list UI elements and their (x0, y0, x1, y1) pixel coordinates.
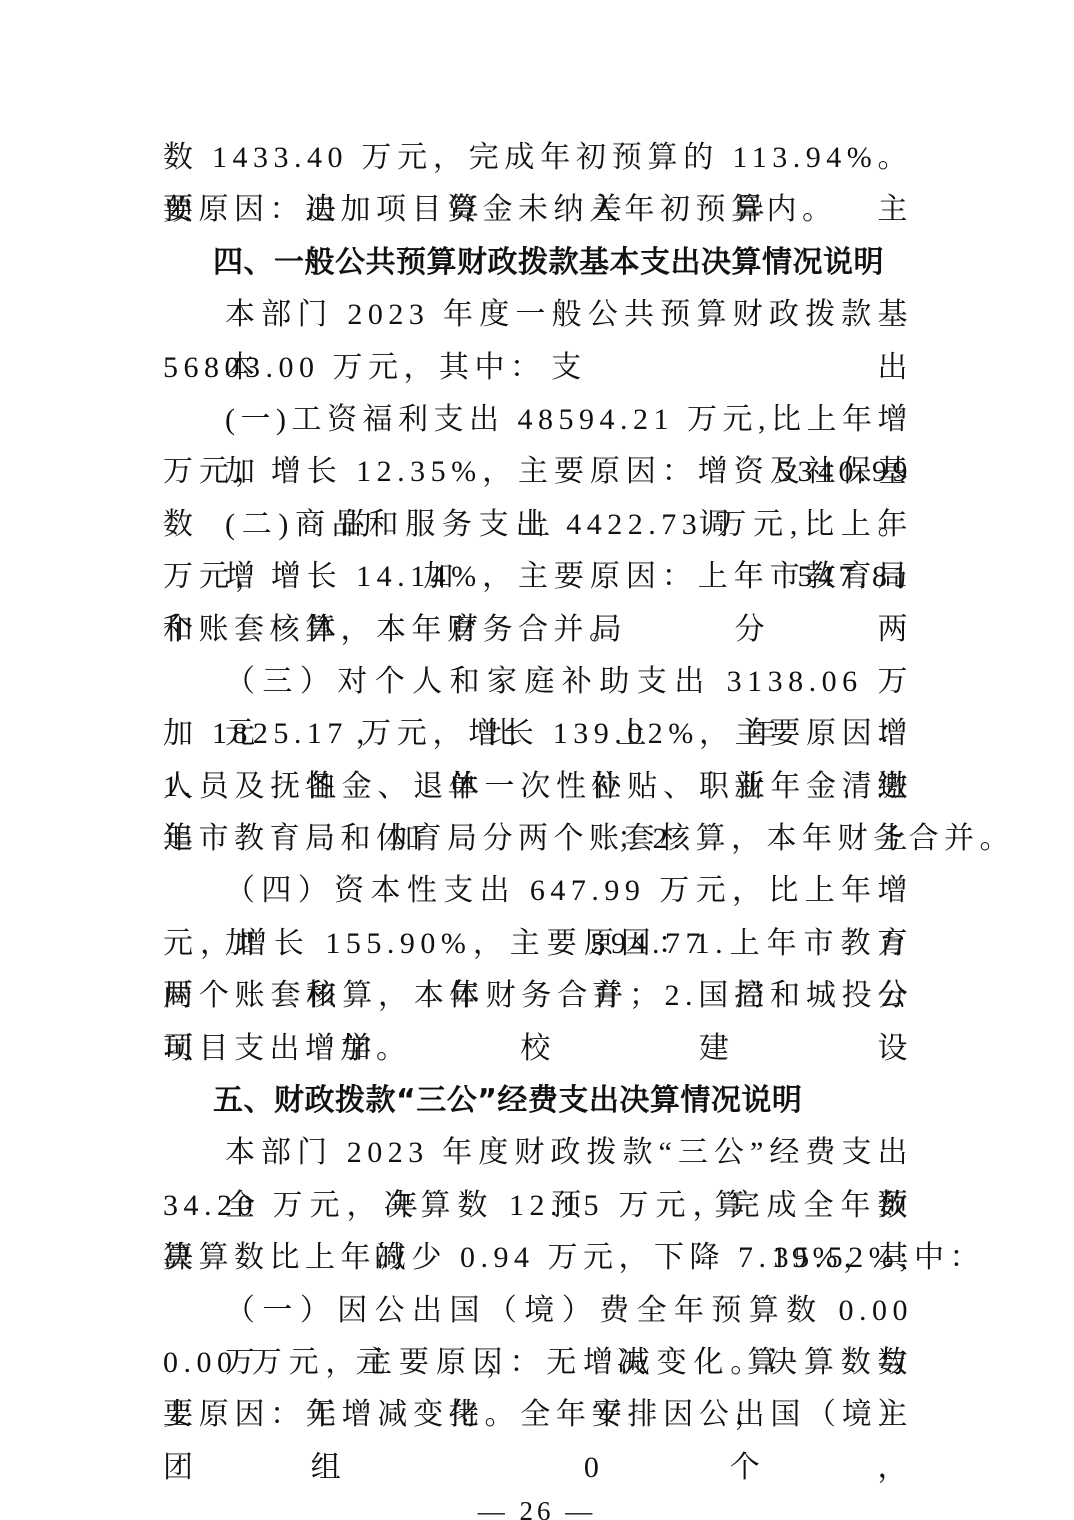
section-heading-5: 五、财政拨款“三公”经费支出决算情况说明 (163, 1075, 913, 1127)
paragraph-first-line: 本部门 2023 年度一般公共预算财政拨款基本支出 (163, 289, 913, 341)
document-page: 数 1433.40 万元，完成年初预算的 113.94%。预决算差异主 要原因：… (0, 0, 1074, 1520)
document-body: 数 1433.40 万元，完成年初预算的 113.94%。预决算差异主 要原因：… (163, 132, 913, 1442)
paragraph-first-line: (二)商品和服务支出 4422.73 万元,比上年增加 547.81 (163, 499, 913, 551)
page-number: — 26 — (0, 1496, 1074, 1520)
paragraph-first-line: （三）对个人和家庭补助支出 3138.06 万元，比上年增 (163, 656, 913, 708)
paragraph-first-line: （四）资本性支出 647.99 万元，比上年增加 394.77 万 (163, 865, 913, 917)
text-line: 万元，增长 12.35%，主要原因：增资及社保基数的上调。 (163, 446, 913, 498)
text-line: 0.00 万元，主要原因：无增减变化。决算数与上年持平，主 (163, 1337, 913, 1389)
text-line: 年市教育局和体育局分两个账套核算，本年财务合并。 (163, 813, 913, 865)
paragraph-first-line: (一)工资福利支出 48594.21 万元,比上年增加 5340.99 (163, 394, 913, 446)
text-line: 两个账套核算，本年财务合并；2.国控和城投公司学校建设 (163, 970, 913, 1022)
text-line: 万元，增长 14.14%，主要原因：上年市教育局和体育局分两 (163, 551, 913, 603)
text-line: 要原因：无增减变化。全年安排因公出国（境）团组 0 个， (163, 1389, 913, 1441)
text-line: 要原因：追加项目资金未纳入年初预算内。 (163, 184, 913, 236)
section-heading-4: 四、一般公共预算财政拨款基本支出决算情况说明 (163, 237, 913, 289)
text-line: 元，增长 155.90%，主要原因：1.上年市教育局和体育局分 (163, 918, 913, 970)
paragraph-first-line: （一）因公出国（境）费全年预算数 0.00 万元，决算数 (163, 1285, 913, 1337)
text-line: 人员及抚恤金、退休一次性补贴、职业年金清缴追加；2.上 (163, 761, 913, 813)
text-line: 加 1825.17 万元，增长 139.02%，主要原因：1.各单位新进 (163, 708, 913, 760)
text-line: 决算数比上年减少 0.94 万元，下降 7.19%，其中： (163, 1232, 913, 1284)
text-line: 数 1433.40 万元，完成年初预算的 113.94%。预决算差异主 (163, 132, 913, 184)
text-line: 34.20 万元，决算数 12.15 万元，完成全年预算的 35.52%; (163, 1180, 913, 1232)
paragraph-first-line: 本部门 2023 年度财政拨款“三公”经费支出全年预算数 (163, 1127, 913, 1179)
